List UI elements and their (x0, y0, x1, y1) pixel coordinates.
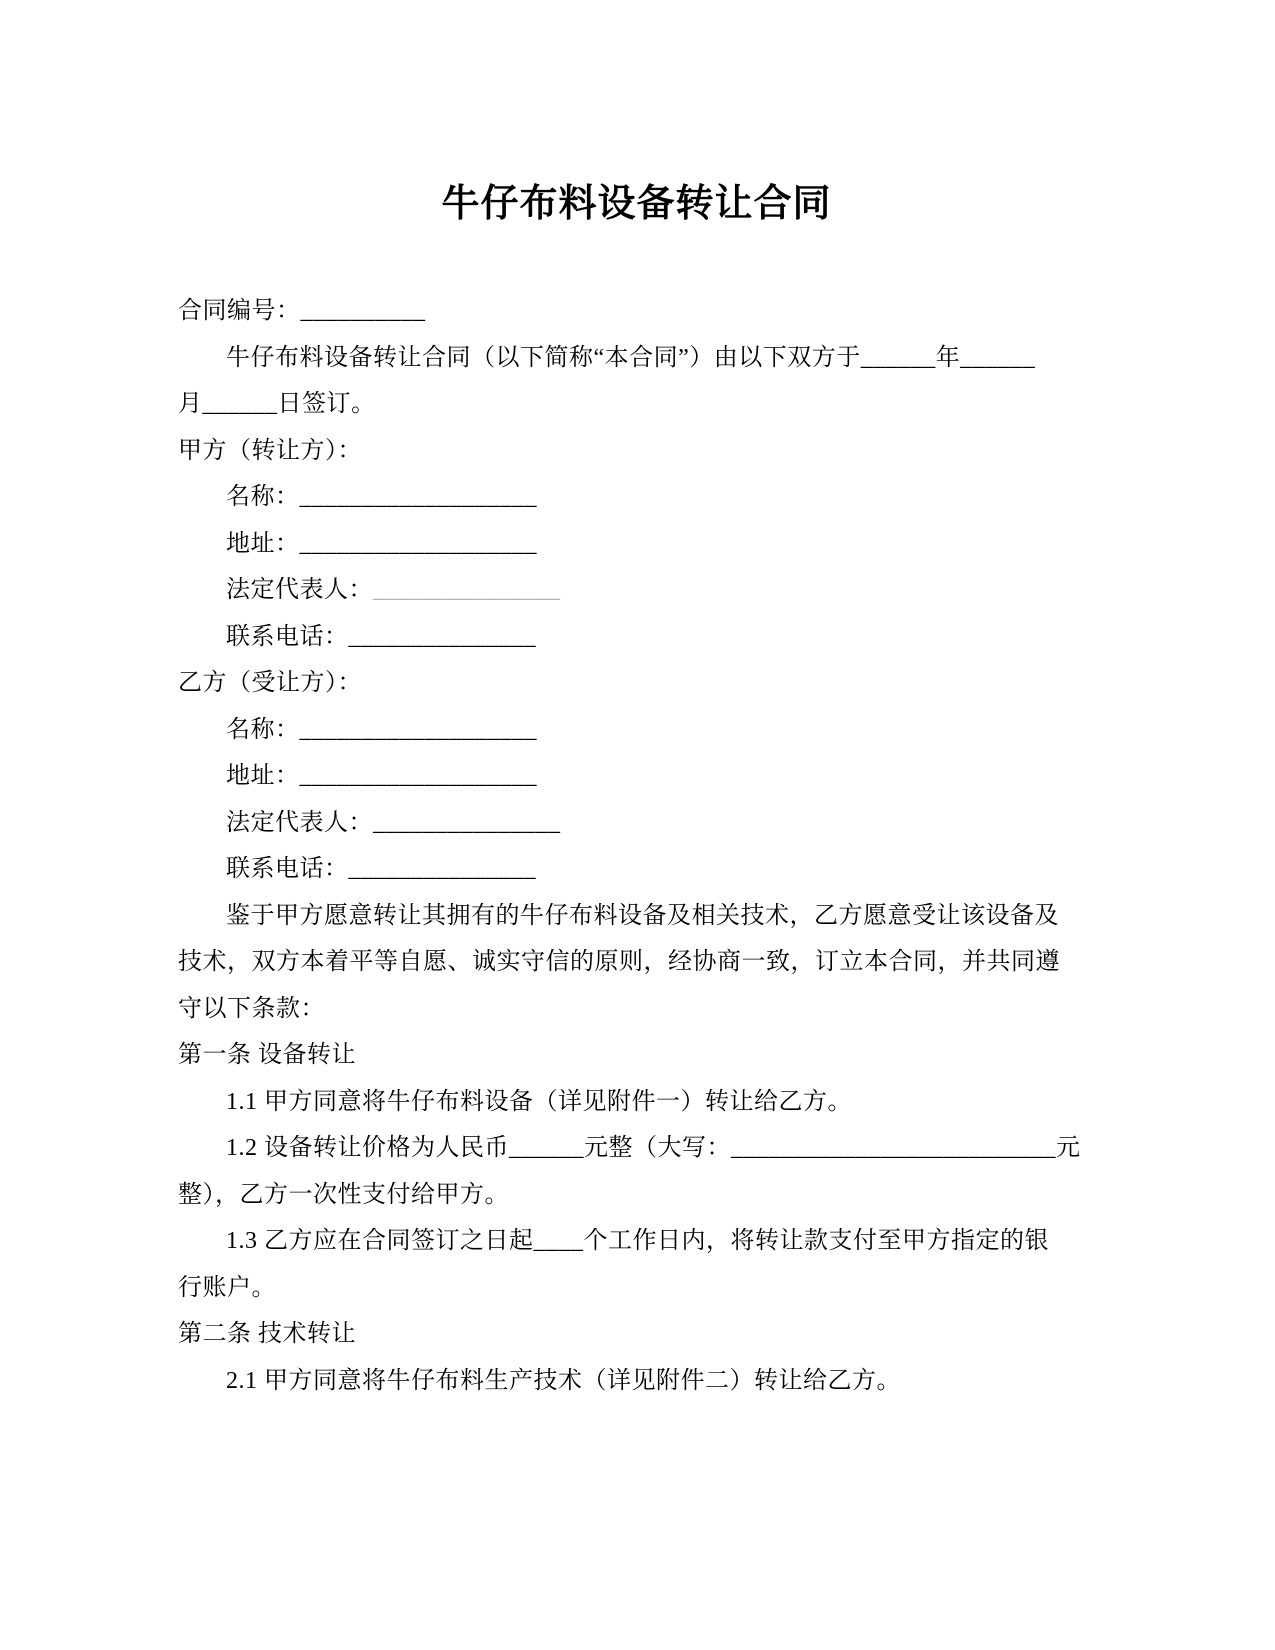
clause-1-2-line-2: 整），乙方一次性支付给甲方。 (178, 1172, 1095, 1219)
party-b-address-line: 地址：___________________ (178, 753, 1095, 800)
party-a-phone-line: 联系电话：_______________ (178, 614, 1095, 661)
party-b-phone-line: 联系电话：_______________ (178, 846, 1095, 893)
party-b-name-line: 名称：___________________ (178, 707, 1095, 754)
contract-number-line: 合同编号：__________ (178, 288, 1095, 335)
clause-1-2-line-1: 1.2 设备转让价格为人民币______元整（大写：______________… (178, 1125, 1095, 1172)
intro-line-2: 月______日签订。 (178, 381, 1095, 428)
contract-document: 牛仔布料设备转让合同 合同编号：__________ 牛仔布料设备转让合同（以下… (0, 0, 1275, 1650)
clause-1-3-line-1: 1.3 乙方应在合同签订之日起____个工作日内，将转让款支付至甲方指定的银 (178, 1218, 1095, 1265)
party-a-address-line: 地址：___________________ (178, 521, 1095, 568)
preamble-line-1: 鉴于甲方愿意转让其拥有的牛仔布料设备及相关技术，乙方愿意受让该设备及 (178, 893, 1095, 940)
article-1-heading: 第一条 设备转让 (178, 1032, 1095, 1079)
preamble-line-2: 技术，双方本着平等自愿、诚实守信的原则，经协商一致，订立本合同，并共同遵 (178, 939, 1095, 986)
party-a-legal-rep-blank: _______________ (373, 577, 561, 603)
party-a-name-line: 名称：___________________ (178, 474, 1095, 521)
party-a-legal-rep-label: 法定代表人： (226, 577, 373, 603)
party-a-heading: 甲方（转让方）： (178, 428, 1095, 475)
party-b-heading: 乙方（受让方）： (178, 660, 1095, 707)
intro-line-1: 牛仔布料设备转让合同（以下简称“本合同”）由以下双方于______年______ (178, 335, 1095, 382)
preamble-line-3: 守以下条款： (178, 986, 1095, 1033)
document-title: 牛仔布料设备转让合同 (178, 178, 1095, 230)
clause-1-3-line-2: 行账户。 (178, 1265, 1095, 1312)
party-a-legal-rep-line: 法定代表人：_______________ (178, 567, 1095, 614)
party-b-legal-rep-line: 法定代表人：_______________ (178, 800, 1095, 847)
clause-1-1-line: 1.1 甲方同意将牛仔布料设备（详见附件一）转让给乙方。 (178, 1079, 1095, 1126)
clause-2-1-line: 2.1 甲方同意将牛仔布料生产技术（详见附件二）转让给乙方。 (178, 1358, 1095, 1405)
article-2-heading: 第二条 技术转让 (178, 1311, 1095, 1358)
